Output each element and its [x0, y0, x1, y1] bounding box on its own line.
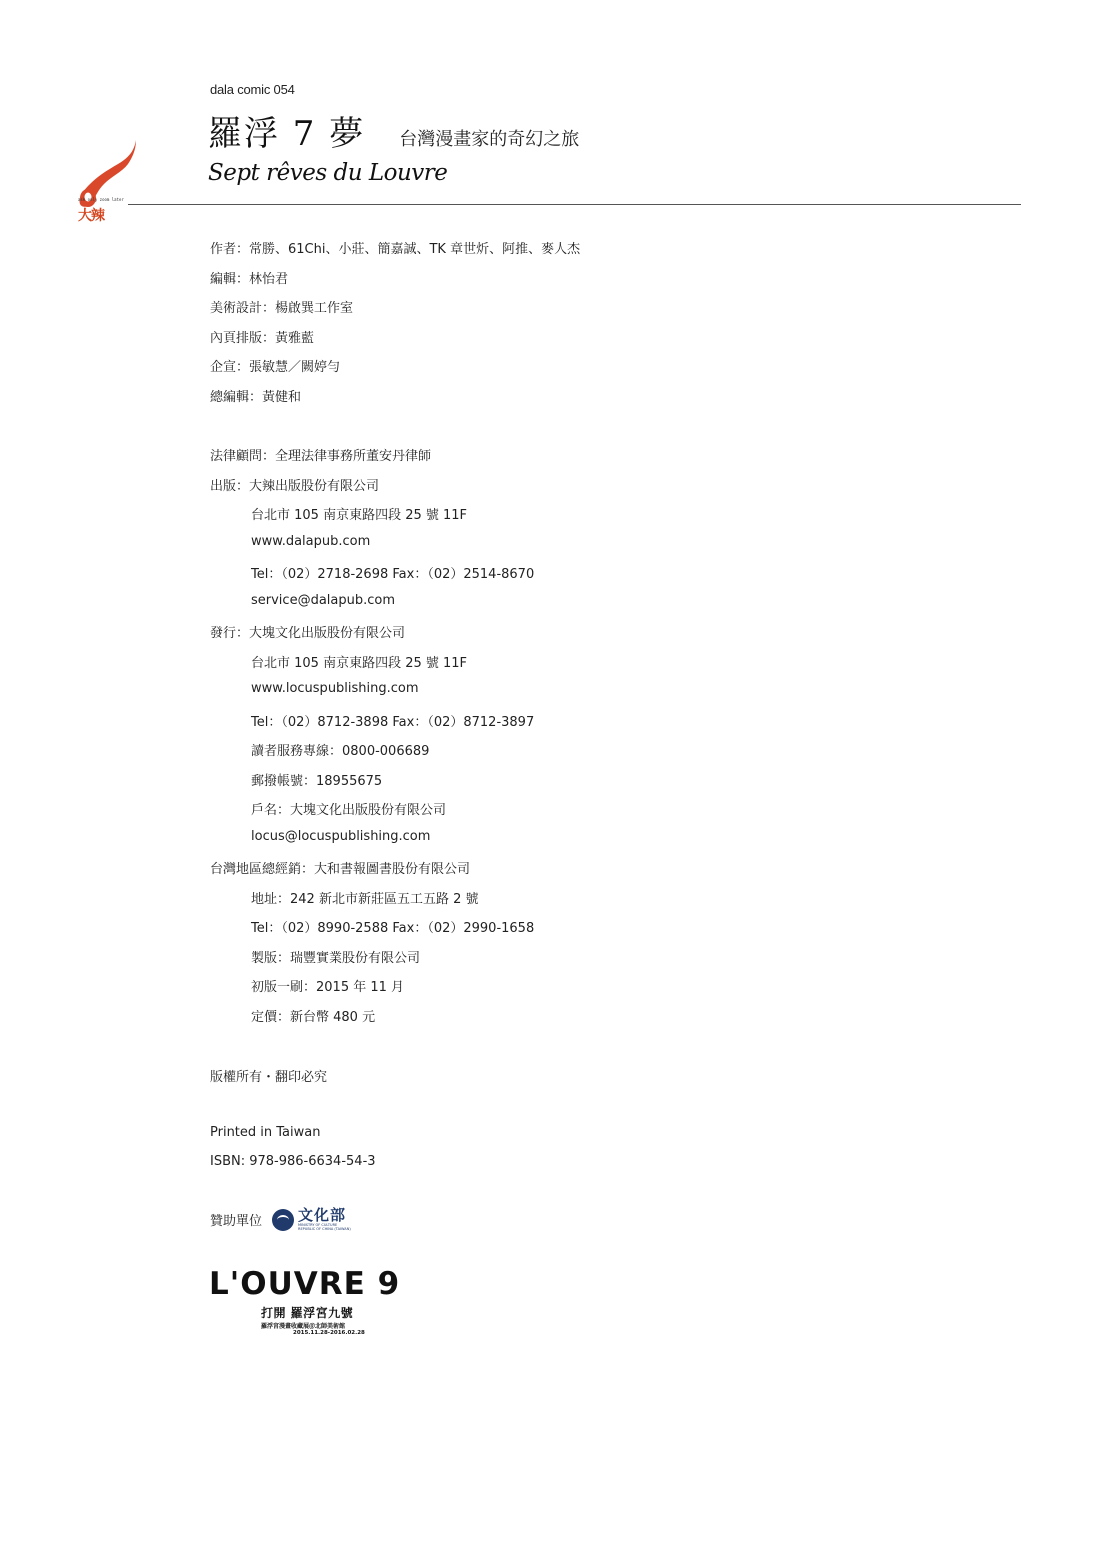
credits-line: 企宣：張敏慧／闕婷勻: [210, 356, 340, 375]
ministry-name-cn: 文化部: [298, 1208, 351, 1223]
credits-line: 內頁排版：黃雅藍: [210, 327, 314, 346]
publishing-line: Tel：（02）8712-3898 Fax：（02）8712-3897: [251, 711, 534, 730]
publishing-line: 地址：242 新北市新莊區五工五路 2 號: [251, 888, 478, 907]
series-label: dala comic 054: [210, 82, 295, 97]
publisher-tagline: ask only zoom later: [78, 197, 124, 202]
publishing-line: 台灣地區總經銷：大和書報圖書股份有限公司: [210, 858, 470, 877]
publishing-line: www.locuspublishing.com: [251, 681, 419, 696]
book-title: 羅浮 7 夢: [208, 106, 365, 155]
exhibition-dates: 2015.11.28-2016.02.28: [293, 1330, 365, 1336]
exhibition-title: L'OUVRE 9: [209, 1268, 369, 1300]
rights-line: 版權所有・翻印必究: [210, 1066, 327, 1085]
sponsor-label: 贊助單位: [210, 1210, 262, 1229]
publishing-line: 台北市 105 南京東路四段 25 號 11F: [251, 504, 467, 523]
header-divider: [128, 204, 1021, 205]
publishing-line: service@dalapub.com: [251, 593, 395, 608]
publisher-logo-name: 大辣: [78, 205, 104, 225]
publishing-line: 郵撥帳號：18955675: [251, 770, 382, 789]
exhibition-subtitle: 打開 羅浮宮九號: [261, 1304, 353, 1321]
publishing-line: Tel：（02）8990-2588 Fax：（02）2990-1658: [251, 917, 534, 936]
publishing-line: www.dalapub.com: [251, 534, 370, 549]
publishing-line: 台北市 105 南京東路四段 25 號 11F: [251, 652, 467, 671]
publishing-line: 發行：大塊文化出版股份有限公司: [210, 622, 405, 641]
publishing-line: locus@locuspublishing.com: [251, 829, 430, 844]
exhibition-logo: L'OUVRE 9 打開 羅浮宮九號 羅浮宮漫畫收藏展＠北師美術館 2015.1…: [209, 1268, 369, 1300]
title-row: 羅浮 7 夢 台灣漫畫家的奇幻之旅: [208, 106, 579, 155]
credits-line: 總編輯：黃健和: [210, 386, 301, 405]
exhibition-venue: 羅浮宮漫畫收藏展＠北師美術館: [261, 1321, 345, 1330]
sponsor-row: 贊助單位 文化部 MINISTRY OF CULTURE REPUBLIC OF…: [210, 1208, 351, 1231]
publishing-line: 製版：瑞豐實業股份有限公司: [251, 947, 420, 966]
book-subtitle: 台灣漫畫家的奇幻之旅: [399, 125, 579, 151]
ministry-country-en: REPUBLIC OF CHINA (TAIWAN): [298, 1227, 351, 1231]
credits-line: 美術設計：楊啟巽工作室: [210, 297, 353, 316]
rights-line: Printed in Taiwan: [210, 1125, 320, 1140]
publishing-line: 讀者服務專線：0800-006689: [251, 740, 429, 759]
publishing-line: 戶名：大塊文化出版股份有限公司: [251, 799, 446, 818]
credits-line: 編輯：林怡君: [210, 268, 288, 287]
credits-line: 作者：常勝、61Chi、小莊、簡嘉誠、TK 章世炘、阿推、麥人杰: [210, 238, 580, 257]
publishing-line: 初版一刷：2015 年 11 月: [251, 976, 404, 995]
publishing-line: 出版：大辣出版股份有限公司: [210, 475, 379, 494]
publishing-line: 定價：新台幣 480 元: [251, 1006, 375, 1025]
publishing-line: Tel：（02）2718-2698 Fax：（02）2514-8670: [251, 563, 534, 582]
publishing-line: 法律顧問：全理法律事務所董安丹律師: [210, 445, 431, 464]
rights-line: ISBN: 978-986-6634-54-3: [210, 1154, 376, 1169]
book-title-french: Sept rêves du Louvre: [208, 160, 447, 186]
ministry-of-culture-logo: 文化部 MINISTRY OF CULTURE REPUBLIC OF CHIN…: [272, 1208, 351, 1231]
ministry-emblem-icon: [272, 1209, 294, 1231]
